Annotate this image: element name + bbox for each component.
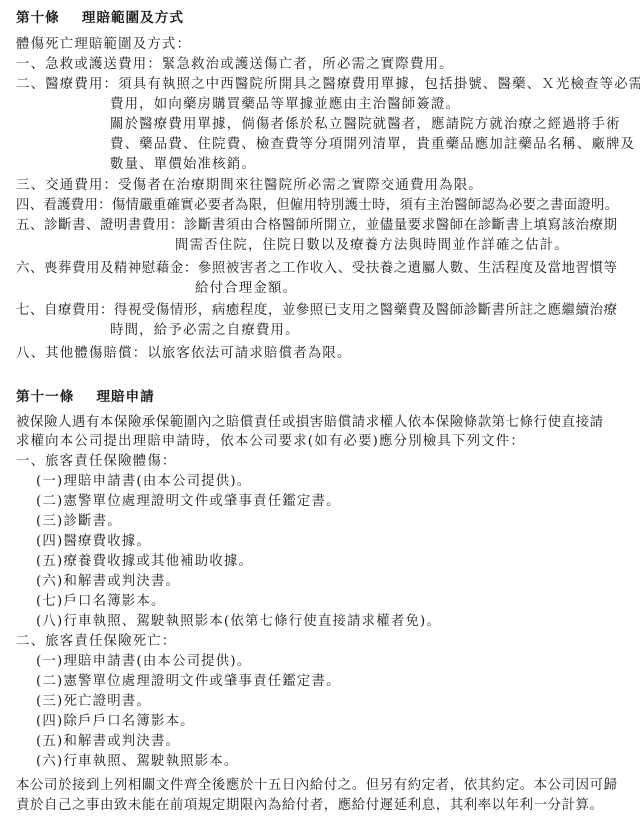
document-item: (一)理賠申請書(由本公司提供)。	[36, 474, 251, 490]
paragraph-line: 責於自己之事由致未能在前項規定期限內為給付者，應給付遲延利息，其利率以年利一分計…	[16, 798, 604, 814]
document-item: (二)憲警單位處理證明文件或肇事責任鑑定書。	[36, 674, 341, 690]
document-item: (六)和解書或判決書。	[36, 574, 180, 590]
clause-line: 間需否住院，住院日數以及療養方法與時間並作詳確之估計。	[175, 238, 569, 254]
article-title: 理賠申請	[96, 389, 154, 405]
clause-line: 數量、單價始准核銷。	[110, 157, 256, 173]
document-item: (五)和解書或判決書。	[36, 734, 180, 750]
clause-line: 七、自療費用：得視受傷情形，病癒程度，並參照已支用之醫藥費及醫師診斷書所註之應繼…	[16, 303, 618, 319]
clause-line: 四、看護費用：傷情嚴重確實必要者為限，但僱用特別護士時，須有主治醫師認為必要之書…	[16, 198, 618, 214]
document-item: (三)死亡證明書。	[36, 694, 151, 710]
document-item: (二)憲警單位處理證明文件或肇事責任鑑定書。	[36, 494, 341, 510]
section-heading: 一、旅客責任保險體傷：	[16, 454, 177, 470]
document-item: (五)療養費收據或其他補助收據。	[36, 554, 253, 570]
clause-line: 給付合理金額。	[195, 281, 297, 297]
clause-line: 五、診斷書、證明書費用：診斷書須由合格醫師所開立，並儘量要求醫師在診斷書上填寫該…	[16, 218, 618, 234]
document-item: (三)診斷書。	[36, 514, 122, 530]
article-number: 第十條	[16, 10, 60, 26]
paragraph-line: 求權向本公司提出理賠申請時，依本公司要求(如有必要)應分別檢具下列文件：	[16, 434, 525, 450]
paragraph-line: 本公司於接到上列相關文件齊全後應於十五日內給付之。但另有約定者，依其約定。本公司…	[16, 778, 618, 794]
article-number: 第十一條	[16, 389, 74, 405]
document-item: (四)除戶戶口名簿影本。	[36, 714, 195, 730]
clause-line: 三、交通費用：受傷者在治療期間來往醫院所必需之實際交通費用為限。	[16, 178, 483, 194]
clause-line: 關於醫療費用單據，倘傷者係於私立醫院就醫者，應請院方就治療之經過將手術	[110, 117, 621, 133]
document-item: (六)行車執照、駕駛執照影本。	[36, 754, 239, 770]
clause-line: 費用，如向藥房購買藥品等單據並應由主治醫師簽證。	[110, 97, 460, 113]
clause-line: 一、急救或護送費用：緊急救治或護送傷亡者，所必需之實際費用。	[16, 57, 454, 73]
section-heading: 二、旅客責任保險死亡：	[16, 634, 177, 650]
document-item: (七)戶口名簿影本。	[36, 594, 166, 610]
intro-text: 體傷死亡理賠範圍及方式：	[16, 37, 191, 53]
clause-line: 六、喪葬費用及精神慰藉金：參照被害者之工作收入、受扶養之遺屬人數、生活程度及當地…	[16, 261, 618, 277]
article-10-heading: 第十條理賠範圍及方式	[16, 10, 184, 26]
clause-line: 八、其他體傷賠償：以旅客依法可請求賠償者為限。	[16, 346, 352, 362]
article-title: 理賠範圍及方式	[82, 10, 184, 26]
paragraph-line: 被保險人遇有本保險承保範圍內之賠償責任或損害賠償請求權人依本保險條款第七條行使直…	[16, 415, 604, 431]
article-11-heading: 第十一條理賠申請	[16, 389, 155, 405]
document-item: (四)醫療費收據。	[36, 534, 151, 550]
clause-line: 時間，給予必需之自療費用。	[110, 323, 300, 339]
clause-line: 費、藥品費、住院費、檢查費等分項開列清單，貴重藥品應加註藥品名稱、廠牌及	[110, 137, 635, 153]
document-item: (一)理賠申請書(由本公司提供)。	[36, 654, 251, 670]
clause-line: 二、醫療費用：須具有執照之中西醫院所開具之醫療費用單據，包括掛號、醫藥、Ｘ光檢查…	[16, 77, 640, 93]
document-item: (八)行車執照、駕駛執照影本(依第七條行使直接請求權者免)。	[36, 614, 441, 630]
